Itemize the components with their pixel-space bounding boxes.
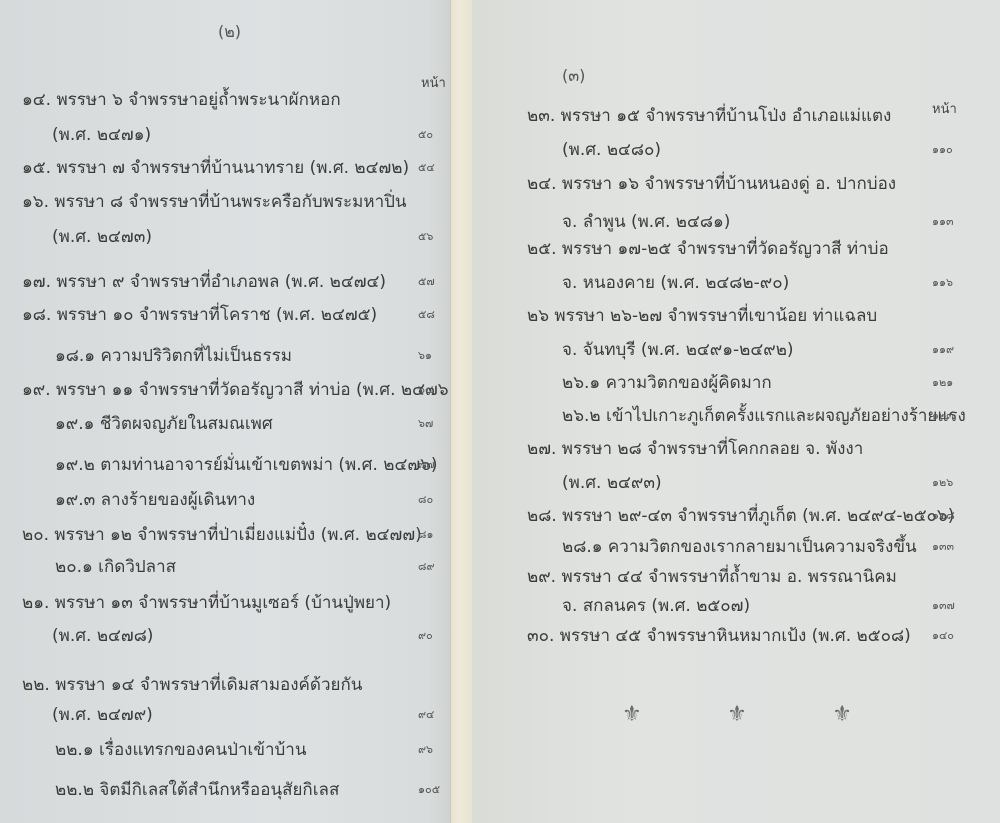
- toc-entry-title: ๒๔. พรรษา ๑๖ จำพรรษาที่บ้านหนองดู่ อ. ปา…: [527, 169, 896, 199]
- toc-entry: จ. หนองคาย (พ.ศ. ๒๔๘๒-๙๐)๑๑๖: [472, 268, 1000, 298]
- toc-entry-page: ๑๑๖: [932, 268, 953, 298]
- left-page: (๒) หน้า ๑๔. พรรษา ๖ จำพรรษาอยู่ถ้ำพระนา…: [0, 0, 450, 823]
- toc-entry-title: จ. ลำพูน (พ.ศ. ๒๔๘๑): [562, 207, 730, 237]
- book-spread: (๒) หน้า ๑๔. พรรษา ๖ จำพรรษาอยู่ถ้ำพระนา…: [0, 0, 1000, 823]
- toc-entry: ๑๘.๑ ความปริวิตกที่ไม่เป็นธรรม๖๑: [0, 341, 450, 371]
- toc-entry-title: (พ.ศ. ๒๔๗๓): [52, 222, 152, 252]
- toc-entry-title: (พ.ศ. ๒๔๗๘): [52, 621, 153, 651]
- toc-entry-page: ๙๖: [418, 735, 433, 765]
- toc-entry-title: (พ.ศ. ๒๔๗๑): [52, 120, 151, 150]
- toc-entry-title: ๒๗. พรรษา ๒๘ จำพรรษาที่โคกกลอย จ. พังงา: [527, 434, 863, 464]
- toc-entry-title: จ. จันทบุรี (พ.ศ. ๒๔๙๑-๒๔๙๒): [562, 335, 794, 365]
- toc-entry-page: ๗๗: [418, 450, 435, 480]
- fleur-de-lis-icon: ⚜: [622, 702, 642, 727]
- toc-entry-page: ๑๑๐: [932, 135, 953, 165]
- toc-entry-title: ๑๖. พรรษา ๘ จำพรรษาที่บ้านพระครือกับพระม…: [22, 187, 407, 217]
- toc-entry: ๒๙. พรรษา ๔๔ จำพรรษาที่ถ้ำขาม อ. พรรณานิ…: [472, 562, 1000, 592]
- toc-entry-page: ๖๑: [418, 341, 432, 371]
- toc-entry-title: ๒๘.๑ ความวิตกของเรากลายมาเป็นความจริงขึ้…: [562, 532, 917, 562]
- toc-entry-title: ๒๖.๒ เข้าไปเกาะภูเก็ตครั้งแรกและผจญภัยอย…: [562, 401, 966, 431]
- toc-entry-title: ๑๔. พรรษา ๖ จำพรรษาอยู่ถ้ำพระนาผักหอก: [22, 85, 341, 115]
- toc-entry: ๒๐. พรรษา ๑๒ จำพรรษาที่ป่าเมี่ยงแม่ปั๋ง …: [0, 520, 450, 550]
- toc-entry-page: ๕๐: [418, 120, 433, 150]
- toc-entry-page: ๑๓๓: [932, 532, 954, 562]
- toc-entry-title: ๑๙.๑ ชีวิตผจญภัยในสมณเพศ: [55, 409, 273, 439]
- toc-entry-title: ๑๗. พรรษา ๙ จำพรรษาที่อำเภอพล (พ.ศ. ๒๔๗๔…: [22, 267, 386, 297]
- toc-entry: ๒๕. พรรษา ๑๗-๒๕ จำพรรษาที่วัดอรัญวาสี ท่…: [472, 234, 1000, 264]
- right-page: (๓) หน้า ๒๓. พรรษา ๑๕ จำพรรษาที่บ้านโป่ง…: [472, 0, 1000, 823]
- toc-entry: ๑๙.๑ ชีวิตผจญภัยในสมณเพศ๖๗: [0, 409, 450, 439]
- toc-entry: ๑๔. พรรษา ๖ จำพรรษาอยู่ถ้ำพระนาผักหอก: [0, 85, 450, 115]
- toc-entry-page: ๖๗: [418, 409, 433, 439]
- fleur-de-lis-icon: ⚜: [832, 702, 852, 727]
- toc-entry: ๒๖.๑ ความวิตกของผู้คิดมาก๑๒๑: [472, 368, 1000, 398]
- toc-entry: ๒๔. พรรษา ๑๖ จำพรรษาที่บ้านหนองดู่ อ. ปา…: [472, 169, 1000, 199]
- toc-entry-page: ๖๔: [418, 375, 433, 405]
- toc-entry-page: ๑๒๘: [932, 501, 955, 531]
- toc-entry-page: ๘๐: [418, 485, 433, 515]
- toc-entry-page: ๑๑๓: [932, 207, 953, 237]
- toc-entry: ๒๘.๑ ความวิตกของเรากลายมาเป็นความจริงขึ้…: [472, 532, 1000, 562]
- ornament-row: ⚜ ⚜ ⚜: [622, 702, 852, 727]
- toc-entry: ๑๙. พรรษา ๑๑ จำพรรษาที่วัดอรัญวาสี ท่าบ่…: [0, 375, 450, 405]
- toc-entry-title: ๑๕. พรรษา ๗ จำพรรษาที่บ้านนาทราย (พ.ศ. ๒…: [22, 153, 409, 183]
- page-number: (๓): [562, 64, 585, 89]
- toc-entry: (พ.ศ. ๒๔๗๓)๕๖: [0, 222, 450, 252]
- toc-entry: ๓๐. พรรษา ๔๕ จำพรรษาหินหมากเป้ง (พ.ศ. ๒๕…: [472, 621, 1000, 651]
- toc-entry: จ. จันทบุรี (พ.ศ. ๒๔๙๑-๒๔๙๒)๑๑๙: [472, 335, 1000, 365]
- toc-entry-page: ๑๐๕: [418, 775, 440, 805]
- toc-entry-title: จ. สกลนคร (พ.ศ. ๒๕๐๗): [562, 591, 750, 621]
- toc-entry-title: ๒๘. พรรษา ๒๙-๔๓ จำพรรษาที่ภูเก็ต (พ.ศ. ๒…: [527, 501, 954, 531]
- toc-entry: ๑๙.๒ ตามท่านอาจารย์มั่นเข้าเขตพม่า (พ.ศ.…: [0, 450, 450, 480]
- toc-entry-page: ๙๐: [418, 621, 433, 651]
- toc-entry: ๒๖ พรรษา ๒๖-๒๗ จำพรรษาที่เขาน้อย ท่าแฉลบ: [472, 301, 1000, 331]
- toc-entry: (พ.ศ. ๒๔๙๓)๑๒๖: [472, 468, 1000, 498]
- toc-entry-title: ๒๒. พรรษา ๑๔ จำพรรษาที่เดิมสามองค์ด้วยกั…: [22, 670, 362, 700]
- toc-entry: ๒๑. พรรษา ๑๓ จำพรรษาที่บ้านมูเซอร์ (บ้าน…: [0, 588, 450, 618]
- toc-entry: ๑๗. พรรษา ๙ จำพรรษาที่อำเภอพล (พ.ศ. ๒๔๗๔…: [0, 267, 450, 297]
- toc-entry: จ. ลำพูน (พ.ศ. ๒๔๘๑)๑๑๓: [472, 207, 1000, 237]
- toc-entry-title: ๑๘.๑ ความปริวิตกที่ไม่เป็นธรรม: [55, 341, 292, 371]
- toc-entry-title: ๑๙.๒ ตามท่านอาจารย์มั่นเข้าเขตพม่า (พ.ศ.…: [55, 450, 438, 480]
- toc-entry-page: ๕๗: [418, 267, 435, 297]
- toc-entry-page: ๑๑๙: [932, 335, 954, 365]
- toc-entry-page: ๕๘: [418, 300, 435, 330]
- toc-entry: ๒๒.๑ เรื่องแทรกของคนป่าเข้าบ้าน๙๖: [0, 735, 450, 765]
- toc-entry-page: ๑๒๓: [932, 401, 954, 431]
- toc-entry-title: ๒๓. พรรษา ๑๕ จำพรรษาที่บ้านโป่ง อำเภอแม่…: [527, 101, 891, 131]
- toc-entry: (พ.ศ. ๒๔๗๘)๙๐: [0, 621, 450, 651]
- toc-entry-title: (พ.ศ. ๒๔๘๐): [562, 135, 661, 165]
- toc-entry-page: ๕๖: [418, 222, 433, 252]
- toc-entry-page: ๕๔: [418, 153, 435, 183]
- toc-entry: ๑๖. พรรษา ๘ จำพรรษาที่บ้านพระครือกับพระม…: [0, 187, 450, 217]
- toc-entry-title: ๒๕. พรรษา ๑๗-๒๕ จำพรรษาที่วัดอรัญวาสี ท่…: [527, 234, 889, 264]
- toc-entry-page: ๘๑: [418, 520, 433, 550]
- toc-entry-page: ๑๒๑: [932, 368, 953, 398]
- toc-entry-title: ๒๖ พรรษา ๒๖-๒๗ จำพรรษาที่เขาน้อย ท่าแฉลบ: [527, 301, 877, 331]
- toc-entry-title: ๒๐.๑ เกิดวิปลาส: [55, 552, 176, 582]
- toc-entry-title: ๓๐. พรรษา ๔๕ จำพรรษาหินหมากเป้ง (พ.ศ. ๒๕…: [527, 621, 911, 651]
- toc-entry-title: ๑๙.๓ ลางร้ายของผู้เดินทาง: [55, 485, 255, 515]
- toc-entry: ๒๒. พรรษา ๑๔ จำพรรษาที่เดิมสามองค์ด้วยกั…: [0, 670, 450, 700]
- toc-entry-title: ๒๐. พรรษา ๑๒ จำพรรษาที่ป่าเมี่ยงแม่ปั๋ง …: [22, 520, 422, 550]
- toc-entry: จ. สกลนคร (พ.ศ. ๒๕๐๗)๑๓๗: [472, 591, 1000, 621]
- toc-entry: (พ.ศ. ๒๔๘๐)๑๑๐: [472, 135, 1000, 165]
- toc-entry: ๑๙.๓ ลางร้ายของผู้เดินทาง๘๐: [0, 485, 450, 515]
- toc-entry-page: ๑๔๐: [932, 621, 954, 651]
- toc-entry-title: ๑๘. พรรษา ๑๐ จำพรรษาที่โคราช (พ.ศ. ๒๔๗๕): [22, 300, 377, 330]
- toc-entry-title: ๒๒.๒ จิตมีกิเลสใต้สำนึกหรืออนุสัยกิเลส: [55, 775, 339, 805]
- toc-entry: ๒๒.๒ จิตมีกิเลสใต้สำนึกหรืออนุสัยกิเลส๑๐…: [0, 775, 450, 805]
- toc-entry-title: ๒๖.๑ ความวิตกของผู้คิดมาก: [562, 368, 772, 398]
- toc-entry: ๑๘. พรรษา ๑๐ จำพรรษาที่โคราช (พ.ศ. ๒๔๗๕)…: [0, 300, 450, 330]
- toc-entry-page: ๙๔: [418, 700, 434, 730]
- toc-entry-page: ๘๙: [418, 552, 435, 582]
- toc-entry-title: ๑๙. พรรษา ๑๑ จำพรรษาที่วัดอรัญวาสี ท่าบ่…: [22, 375, 455, 405]
- fleur-de-lis-icon: ⚜: [727, 702, 747, 727]
- toc-entry: ๒๗. พรรษา ๒๘ จำพรรษาที่โคกกลอย จ. พังงา: [472, 434, 1000, 464]
- book-gutter: [450, 0, 473, 823]
- toc-entry-title: ๒๙. พรรษา ๔๔ จำพรรษาที่ถ้ำขาม อ. พรรณานิ…: [527, 562, 897, 592]
- toc-entry-title: จ. หนองคาย (พ.ศ. ๒๔๘๒-๙๐): [562, 268, 789, 298]
- toc-entry: ๒๘. พรรษา ๒๙-๔๓ จำพรรษาที่ภูเก็ต (พ.ศ. ๒…: [472, 501, 1000, 531]
- toc-entry-title: ๒๑. พรรษา ๑๓ จำพรรษาที่บ้านมูเซอร์ (บ้าน…: [22, 588, 391, 618]
- toc-entry-title: ๒๒.๑ เรื่องแทรกของคนป่าเข้าบ้าน: [55, 735, 306, 765]
- toc-entry-page: ๑๓๗: [932, 591, 955, 621]
- toc-entry: (พ.ศ. ๒๔๗๑)๕๐: [0, 120, 450, 150]
- toc-entry: ๑๕. พรรษา ๗ จำพรรษาที่บ้านนาทราย (พ.ศ. ๒…: [0, 153, 450, 183]
- toc-entry: ๒๖.๒ เข้าไปเกาะภูเก็ตครั้งแรกและผจญภัยอย…: [472, 401, 1000, 431]
- toc-entry: ๒๐.๑ เกิดวิปลาส๘๙: [0, 552, 450, 582]
- toc-entry-page: ๑๒๖: [932, 468, 953, 498]
- toc-entry-title: (พ.ศ. ๒๔๗๙): [52, 700, 153, 730]
- toc-entry: ๒๓. พรรษา ๑๕ จำพรรษาที่บ้านโป่ง อำเภอแม่…: [472, 101, 1000, 131]
- page-number: (๒): [218, 20, 241, 45]
- toc-entry-title: (พ.ศ. ๒๔๙๓): [562, 468, 662, 498]
- toc-entry: (พ.ศ. ๒๔๗๙)๙๔: [0, 700, 450, 730]
